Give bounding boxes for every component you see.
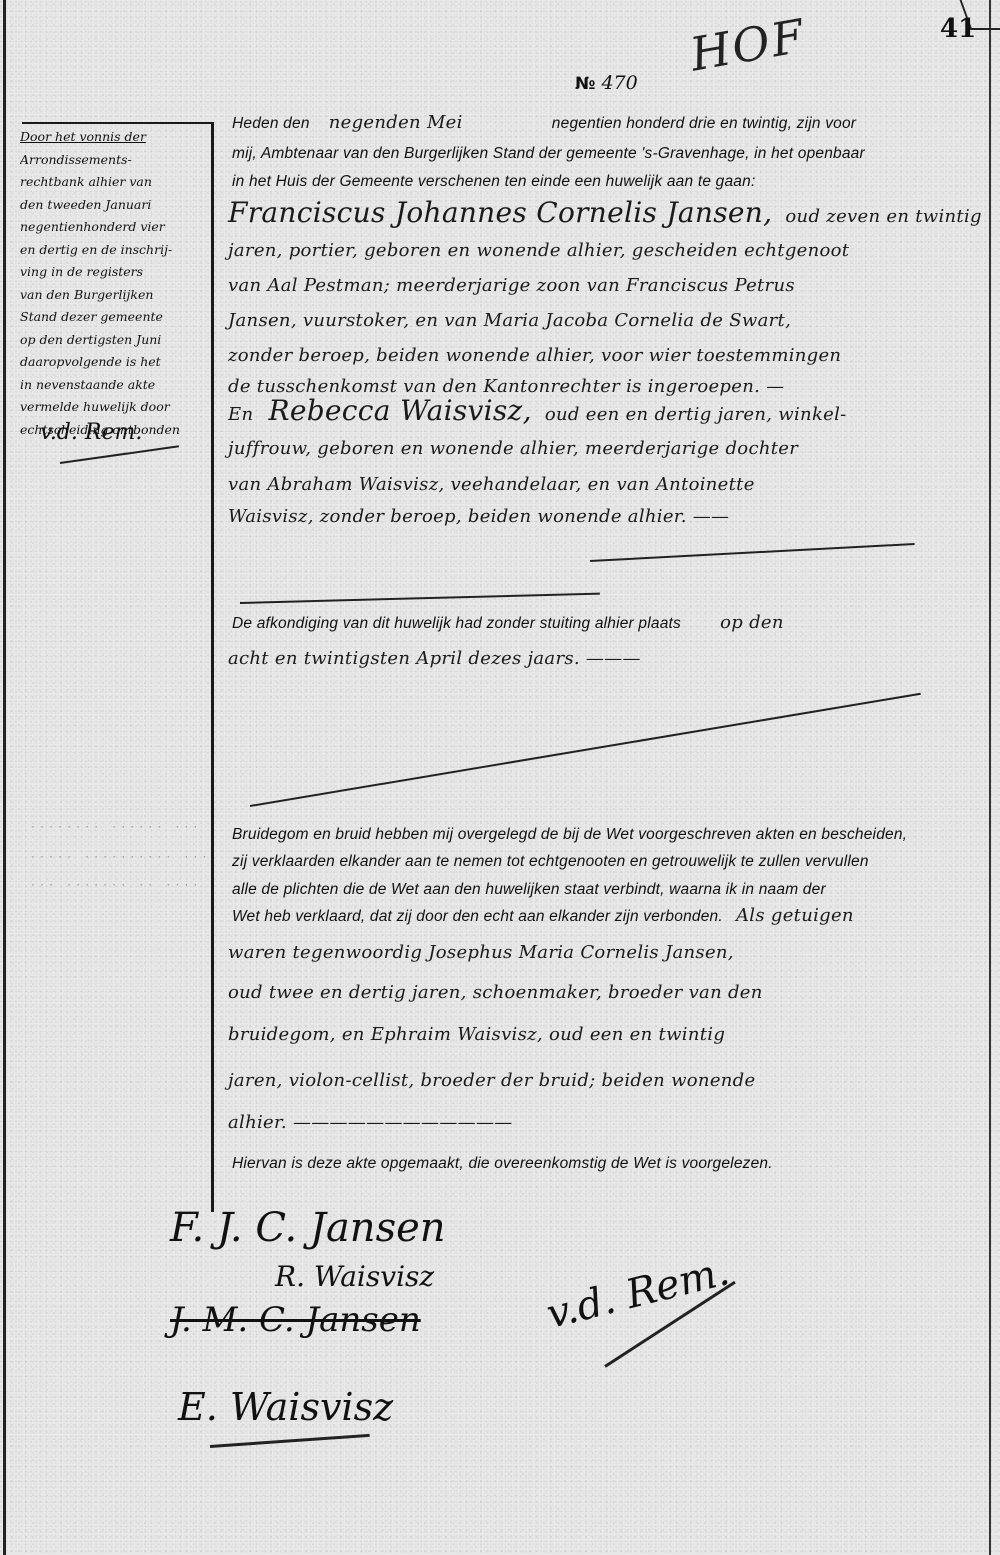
groom-line-2: jaren, portier, geboren en wonende alhie… bbox=[228, 240, 849, 261]
signature-flourish bbox=[210, 1434, 370, 1448]
act-number-label: № bbox=[575, 74, 595, 94]
margin-line: ving in de registers bbox=[20, 261, 208, 284]
intro-line-3: in het Huis der Gemeente verschenen ten … bbox=[232, 173, 755, 191]
groom-line-4: Jansen, vuurstoker, en van Maria Jacoba … bbox=[228, 310, 791, 331]
groom-line-3: van Aal Pestman; meerderjarige zoon van … bbox=[228, 275, 795, 296]
intro-line-1: Heden den negenden Mei negentien honderd… bbox=[232, 112, 856, 133]
margin-divider-rule bbox=[211, 122, 214, 1212]
handwritten-date: negenden Mei bbox=[329, 112, 463, 133]
proclamation-line-1: De afkondiging van dit huwelijk had zond… bbox=[232, 612, 784, 633]
proclamation-line-2: acht en twintigsten April dezes jaars. —… bbox=[228, 648, 641, 669]
signature-groom: F. J. C. Jansen bbox=[170, 1205, 446, 1251]
bride-line-2: juffrouw, geboren en wonende alhier, mee… bbox=[228, 438, 798, 459]
margin-line: den tweeden Januari bbox=[20, 194, 208, 217]
reference-code: HOF bbox=[686, 8, 809, 81]
margin-line: vermelde huwelijk door bbox=[20, 396, 208, 419]
groom-line-5: zonder beroep, beiden wonende alhier, vo… bbox=[228, 345, 841, 366]
signature-registrar: v.d. Rem. bbox=[542, 1248, 734, 1338]
bride-name: Rebecca Waisvisz, bbox=[268, 394, 531, 427]
bride-line-1: En Rebecca Waisvisz, oud een en dertig j… bbox=[228, 394, 847, 427]
closing-line: Hiervan is deze akte opgemaakt, die over… bbox=[232, 1155, 773, 1173]
bride-details: oud een en dertig jaren, winkel- bbox=[545, 404, 847, 425]
margin-line: daaropvolgende is het bbox=[20, 351, 208, 374]
bride-line-3: van Abraham Waisvisz, veehandelaar, en v… bbox=[228, 474, 755, 495]
margin-annotation: Door het vonnis der Arrondissements- rec… bbox=[20, 126, 208, 441]
act-number: №470 bbox=[575, 72, 638, 94]
margin-line: op den dertigsten Juni bbox=[20, 329, 208, 352]
printed-text: negentien honderd drie en twintig, zijn … bbox=[552, 115, 856, 132]
margin-top-rule bbox=[22, 122, 214, 124]
margin-line: en dertig en de inschrij- bbox=[20, 239, 208, 262]
witness-line-5: alhier. ———————————— bbox=[228, 1112, 513, 1133]
margin-line: Arrondissements- bbox=[20, 149, 208, 172]
fill-stroke bbox=[250, 693, 921, 807]
margin-signature-flourish bbox=[60, 445, 179, 464]
bleed-through-text: ········ ······ ··· bbox=[30, 822, 201, 833]
margin-line: van den Burgerlijken bbox=[20, 284, 208, 307]
handwritten-text: op den bbox=[720, 612, 784, 633]
declaration-line-4: Wet heb verklaard, dat zij door den echt… bbox=[232, 905, 854, 926]
intro-line-2: mij, Ambtenaar van den Burgerlijken Stan… bbox=[232, 145, 865, 163]
groom-details: oud zeven en twintig bbox=[785, 206, 981, 227]
fill-stroke bbox=[590, 543, 915, 562]
declaration-line-1: Bruidegom en bruid hebben mij overgelegd… bbox=[232, 826, 907, 844]
printed-text: Heden den bbox=[232, 115, 310, 132]
page-number: 41 bbox=[940, 14, 976, 44]
witness-line-4: jaren, violon-cellist, broeder der bruid… bbox=[228, 1070, 755, 1091]
bleed-through-text: ··· ······· ·· ···· bbox=[30, 880, 201, 891]
bleed-through-text: ····· ·········· ··· bbox=[30, 852, 210, 863]
groom-line-1: Franciscus Johannes Cornelis Jansen, oud… bbox=[228, 196, 982, 229]
bride-prefix: En bbox=[228, 404, 253, 425]
handwritten-text: Als getuigen bbox=[736, 905, 854, 926]
margin-line: in nevenstaande akte bbox=[20, 374, 208, 397]
signature-witness-2: E. Waisvisz bbox=[178, 1385, 393, 1429]
bride-line-4: Waisvisz, zonder beroep, beiden wonende … bbox=[228, 506, 729, 527]
page-right-border bbox=[989, 0, 991, 1555]
margin-line: Door het vonnis der bbox=[20, 126, 208, 149]
margin-line: Stand dezer gemeente bbox=[20, 306, 208, 329]
printed-text: De afkondiging van dit huwelijk had zond… bbox=[232, 615, 681, 632]
signature-bride: R. Waisvisz bbox=[275, 1260, 434, 1293]
declaration-line-2: zij verklaarden elkander aan te nemen to… bbox=[232, 853, 869, 871]
margin-signature: v.d. Rem. bbox=[40, 420, 142, 445]
witness-line-1: waren tegenwoordig Josephus Maria Cornel… bbox=[228, 942, 734, 963]
groom-name: Franciscus Johannes Cornelis Jansen, bbox=[228, 196, 772, 229]
margin-line: rechtbank alhier van bbox=[20, 171, 208, 194]
signature-witness-1: J. M. C. Jansen bbox=[170, 1300, 421, 1340]
fill-stroke bbox=[240, 593, 600, 604]
page-left-border bbox=[3, 0, 6, 1555]
act-number-value: 470 bbox=[601, 72, 637, 94]
witness-line-3: bruidegom, en Ephraim Waisvisz, oud een … bbox=[228, 1024, 725, 1045]
margin-line: negentienhonderd vier bbox=[20, 216, 208, 239]
printed-text: Wet heb verklaard, dat zij door den echt… bbox=[232, 908, 723, 925]
witness-line-2: oud twee en dertig jaren, schoenmaker, b… bbox=[228, 982, 763, 1003]
declaration-line-3: alle de plichten die de Wet aan den huwe… bbox=[232, 881, 826, 899]
